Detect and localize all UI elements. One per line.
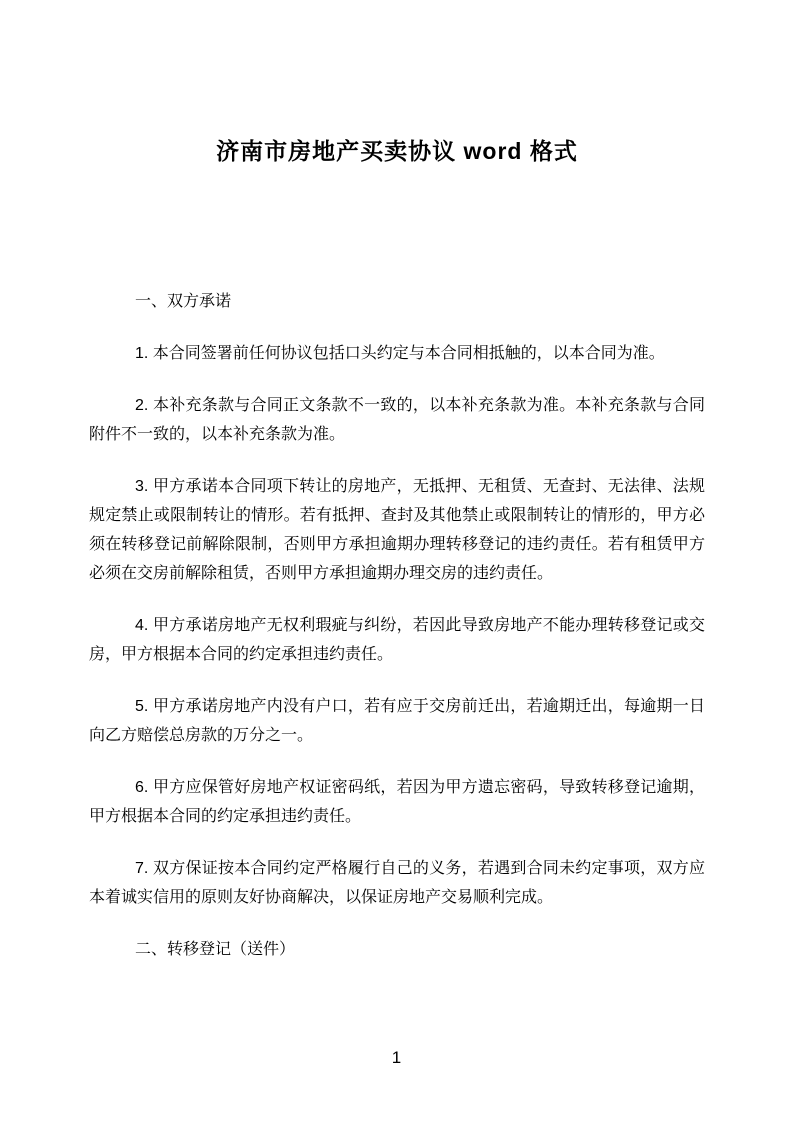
- clause-2: 2. 本补充条款与合同正文条款不一致的，以本补充条款为准。本补充条款与合同附件不…: [89, 391, 705, 449]
- section-heading-2: 二、转移登记（送件）: [89, 935, 705, 964]
- document-body: 济南市房地产买卖协议 word 格式 一、双方承诺 1. 本合同签署前任何协议包…: [89, 0, 705, 987]
- page-number: 1: [0, 1048, 793, 1068]
- clause-4: 4. 甲方承诺房地产无权利瑕疵与纠纷，若因此导致房地产不能办理转移登记或交房，甲…: [89, 611, 705, 669]
- document-title: 济南市房地产买卖协议 word 格式: [89, 0, 705, 163]
- section-heading-1: 一、双方承诺: [89, 287, 705, 316]
- document-page: 济南市房地产买卖协议 word 格式 一、双方承诺 1. 本合同签署前任何协议包…: [0, 0, 793, 1122]
- clause-7: 7. 双方保证按本合同约定严格履行自己的义务，若遇到合同未约定事项，双方应本着诚…: [89, 854, 705, 912]
- clause-6: 6. 甲方应保管好房地产权证密码纸，若因为甲方遗忘密码，导致转移登记逾期，甲方根…: [89, 773, 705, 831]
- clause-5: 5. 甲方承诺房地产内没有户口，若有应于交房前迁出，若逾期迁出，每逾期一日向乙方…: [89, 692, 705, 750]
- clause-1: 1. 本合同签署前任何协议包括口头约定与本合同相抵触的，以本合同为准。: [89, 339, 705, 368]
- clause-3: 3. 甲方承诺本合同项下转让的房地产，无抵押、无租赁、无查封、无法律、法规规定禁…: [89, 472, 705, 588]
